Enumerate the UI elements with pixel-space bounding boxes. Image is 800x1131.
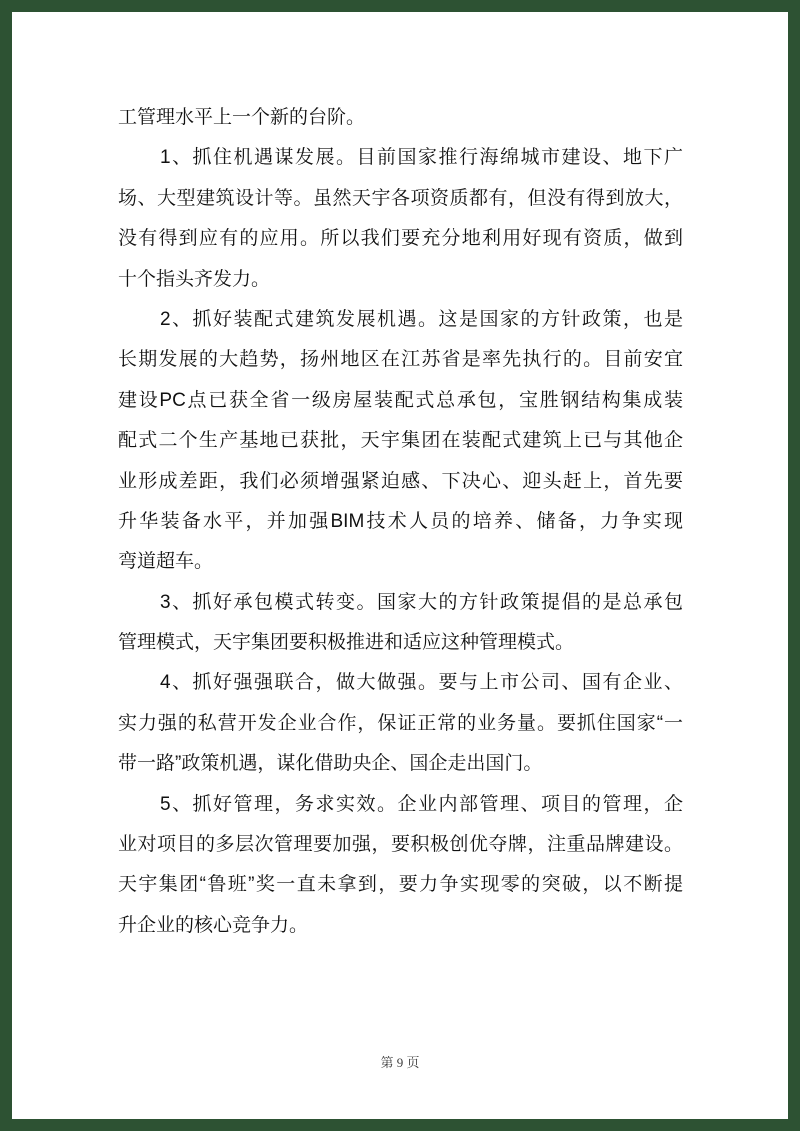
page-number: 第 9 页 xyxy=(12,1052,788,1071)
page-frame: 工管理水平上一个新的台阶。1、抓住机遇谋发展。目前国家推行海绵城市建设、地下广场… xyxy=(0,0,800,1131)
text-line: 4、抓好强强联合，做大做强。要与上市公司、国有企业、 xyxy=(118,663,683,703)
text-line: 没有得到应有的应用。所以我们要充分地利用好现有资质，做到 xyxy=(118,219,683,259)
text-line: 弯道超车。 xyxy=(118,542,683,582)
text-line: 升企业的核心竞争力。 xyxy=(118,906,683,946)
text-body: 工管理水平上一个新的台阶。1、抓住机遇谋发展。目前国家推行海绵城市建设、地下广场… xyxy=(118,98,683,946)
text-line: 配式二个生产基地已获批，天宇集团在装配式建筑上已与其他企 xyxy=(118,421,683,461)
text-line: 带一路”政策机遇，谋化借助央企、国企走出国门。 xyxy=(118,744,683,784)
text-line: 3、抓好承包模式转变。国家大的方针政策提倡的是总承包 xyxy=(118,583,683,623)
text-line: 管理模式，天宇集团要积极推进和适应这种管理模式。 xyxy=(118,623,683,663)
text-line: 业形成差距，我们必须增强紧迫感、下决心、迎头赶上，首先要 xyxy=(118,462,683,502)
text-line: 升华装备水平，并加强BIM技术人员的培养、储备，力争实现 xyxy=(118,502,683,542)
text-line: 长期发展的大趋势，扬州地区在江苏省是率先执行的。目前安宜 xyxy=(118,340,683,380)
text-line: 2、抓好装配式建筑发展机遇。这是国家的方针政策，也是 xyxy=(118,300,683,340)
text-line: 场、大型建筑设计等。虽然天宇各项资质都有，但没有得到放大， xyxy=(118,179,683,219)
text-line: 5、抓好管理，务求实效。企业内部管理、项目的管理，企 xyxy=(118,785,683,825)
text-line: 建设PC点已获全省一级房屋装配式总承包，宝胜钢结构集成装 xyxy=(118,381,683,421)
text-line: 实力强的私营开发企业合作，保证正常的业务量。要抓住国家“一 xyxy=(118,704,683,744)
text-line: 天宇集团“鲁班”奖一直未拿到，要力争实现零的突破，以不断提 xyxy=(118,865,683,905)
text-line: 业对项目的多层次管理要加强，要积极创优夺牌，注重品牌建设。 xyxy=(118,825,683,865)
document-sheet: 工管理水平上一个新的台阶。1、抓住机遇谋发展。目前国家推行海绵城市建设、地下广场… xyxy=(12,12,788,1119)
text-line: 十个指头齐发力。 xyxy=(118,260,683,300)
text-line: 工管理水平上一个新的台阶。 xyxy=(118,98,683,138)
text-line: 1、抓住机遇谋发展。目前国家推行海绵城市建设、地下广 xyxy=(118,138,683,178)
